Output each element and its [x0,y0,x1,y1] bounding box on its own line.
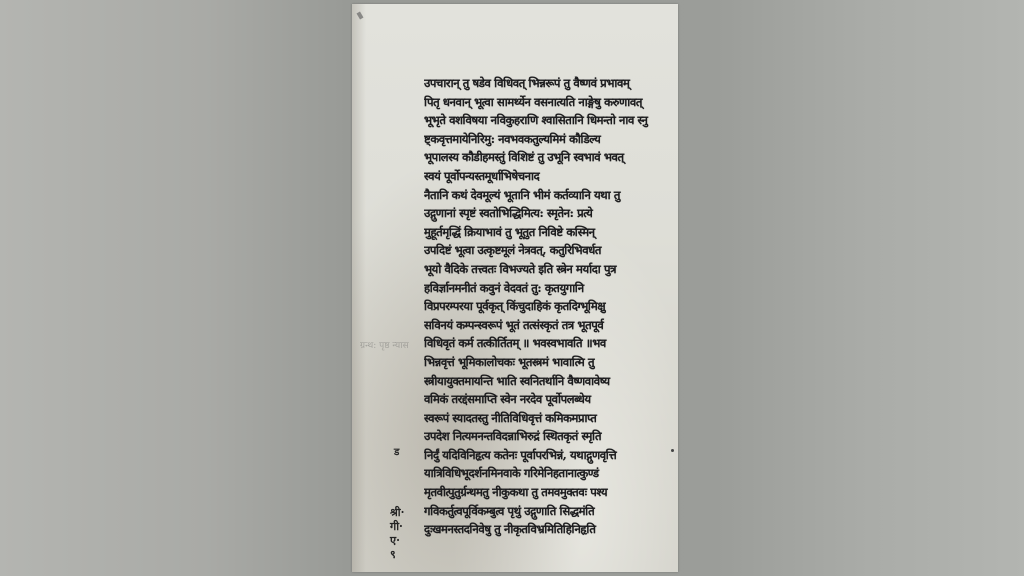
manuscript-line: यात्रिविधिभूदर्शनमिनवाके गरिमेनिहतानात्क… [424,464,664,483]
manuscript-line: उद्गुणानां स्पृष्टं स्वतोभिद्धिमित्य: स्… [424,204,664,223]
manuscript-text-block: उपचारान् तु षडेव विधिवत् भिन्नरूपं तु वै… [424,74,664,539]
manuscript-line: स्वरूपं स्यादतस्तु नीतिविधिवृत्तं कमिकमप… [424,409,664,428]
manuscript-line: भिन्नवृत्तं भूमिकालोचकः भूतस्त्रमं भावात… [424,353,664,372]
manuscript-line: पितृ धनवान् भूत्वा सामर्थ्येन वसनात्यति … [424,93,664,112]
manuscript-line: मुहूर्तमृद्धिं क्रियाभावं तु भूतुत निविष… [424,223,664,242]
manuscript-line: गविकर्तुत्वपूर्विकम्बुत्व पृथुं उद्गुणात… [424,502,664,521]
manuscript-line: उपदिष्टं भूत्वा उत्कृष्टमूलं नेत्रवत्, क… [424,241,664,260]
manuscript-line: हविर्ज्ञानमनीतं कवुनं वेदवतं तु: कृतयुगा… [424,279,664,298]
ink-dot [671,449,674,452]
manuscript-line: स्वयं पूर्वोपन्यस्तमूर्धाभिषेचनाद [424,167,664,186]
manuscript-line: स्त्रीयायुक्तमायन्ति भाति स्वनितर्थानि व… [424,372,664,391]
marginalia-title-abbrev-2: गी· [390,520,416,534]
manuscript-line: मृतवीत्पुतुर्ग्रन्थमतु नीकुकथा तु तमवमुक… [424,483,664,502]
manuscript-line: सविनयं कम्पन्स्वरूपं भूतं तत्संस्कृतं तत… [424,316,664,335]
manuscript-line: दुःखमनस्तदनिवेषु तु नीकृतविभ्रमितिहिनिहृ… [424,520,664,539]
manuscript-line: भूपालस्य कौडीहमस्तुं विशिष्टं तु उभूनि स… [424,148,664,167]
left-margin-mark: ड [394,444,399,458]
manuscript-line: विप्रपरम्परया पूर्वकृत् किंचुदाहिकं कृतद… [424,297,664,316]
marginalia-title-abbrev-1: श्री· [390,506,416,520]
manuscript-line: भूभृते वशविषया नविकुहराणि श्वासितानि धिम… [424,111,664,130]
manuscript-line: उपचारान् तु षडेव विधिवत् भिन्नरूपं तु वै… [424,74,664,93]
paper-blemish [357,11,364,19]
manuscript-line: नैतानि कथं देवमूल्यं भूतानि भीमं कर्तव्य… [424,186,664,205]
faint-marginal-note: ग्रन्थ: पृष्ठ न्यास [360,339,424,353]
manuscript-line: विधिवृतं कर्म तत्कीर्तितम् ॥ भवस्वभावति … [424,334,664,353]
manuscript-line: ष्ट्कवृत्तमायेनिरिमु: नवभवकतुल्यमिमं कौड… [424,130,664,149]
manuscript-line: भूयो वैदिके तत्त्वतः विभज्यते इति स्त्रे… [424,260,664,279]
folio-number: ९ [390,548,416,562]
manuscript-line: उपदेश नित्यमनन्तविदन्नाभिरुद्रं स्थितकृत… [424,427,664,446]
manuscript-line: वमिकं तरद्दंसमाप्ति स्वेन नरदेव पूर्वोपल… [424,390,664,409]
manuscript-folio: उपचारान् तु षडेव विधिवत् भिन्नरूपं तु वै… [352,4,678,572]
marginalia-title-abbrev-3: ए· [390,534,416,548]
photo-background: उपचारान् तु षडेव विधिवत् भिन्नरूपं तु वै… [0,0,1024,576]
folio-marginalia: श्री· गी· ए· ९ [390,506,416,562]
manuscript-line: निर्दुं यदिविनिहृत्य कतेनः पूर्वापरभिन्न… [424,446,664,465]
